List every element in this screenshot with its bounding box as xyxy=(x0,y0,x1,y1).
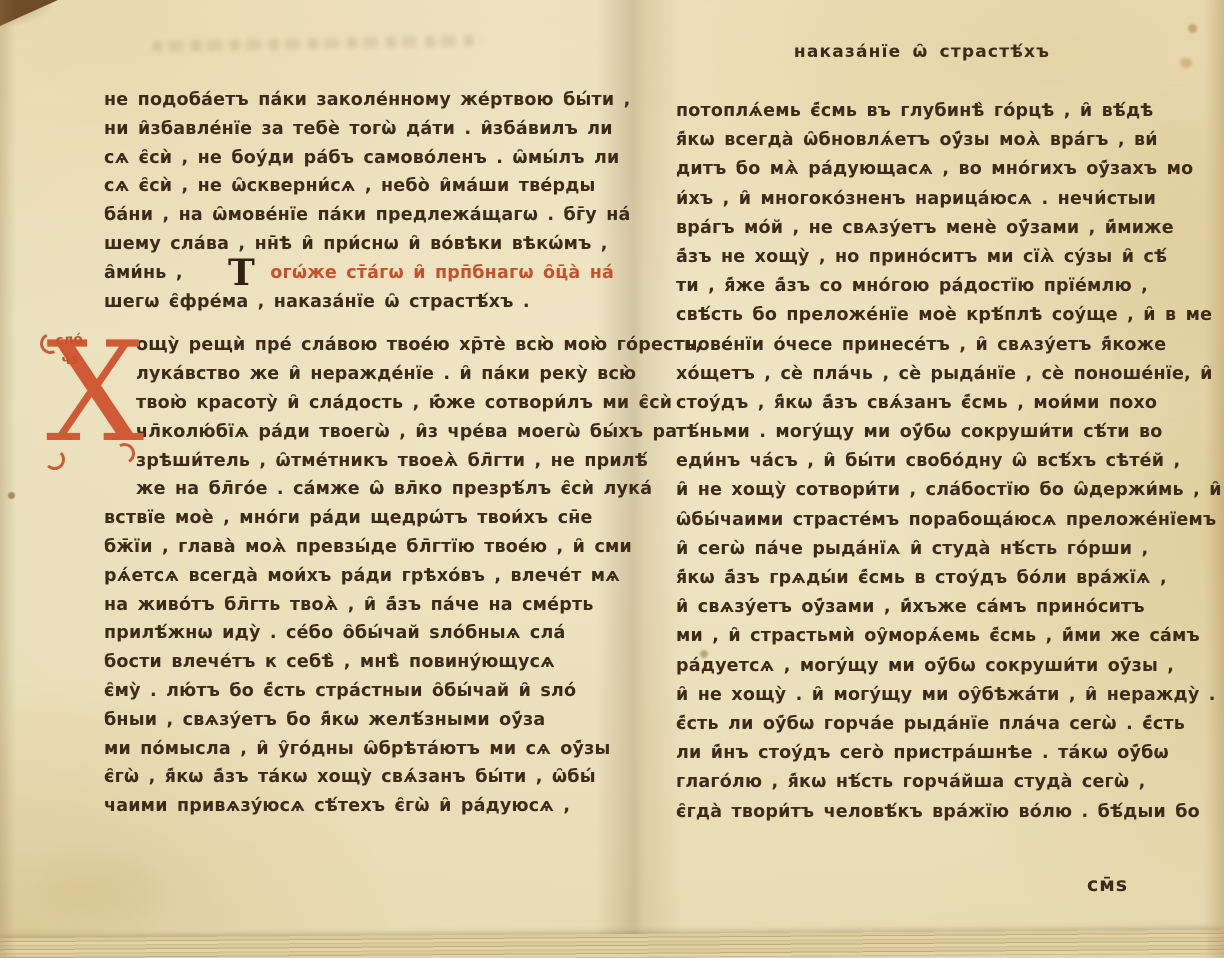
text-line: вра́гъ мо́й , не свѧзу́етъ менѐ оу̑́зами… xyxy=(676,214,1168,243)
running-header: наказа́нїе ѡ̑ страстѣ́хъ xyxy=(676,42,1168,62)
right-page-lines: потоплѧ́емь є̑́смь въ глубинѣ̀ го́рцѣ , … xyxy=(676,97,1168,827)
heading-initial-letter: Т xyxy=(228,259,255,287)
text-line: ли и̑́нъ стоу́дъ сего̀ пристра́шнѣе . та… xyxy=(676,739,1168,768)
text-line: твою̀ красоту̀ и̑ сла́дость , ю̑́же сотв… xyxy=(104,389,598,418)
text-line: стоу́дъ , я̑́кѡ а̑́зъ свѧ́занъ є̑́смь , … xyxy=(676,389,1168,418)
text-line: є̑гда̀ твори́тъ человѣ́къ вра́жїю во́лю … xyxy=(676,798,1168,827)
text-line: сѧ є̑сѝ , не ѡ̑скверни́сѧ , небо̀ и̑ма́ш… xyxy=(104,172,598,201)
text-line: шему сла́ва , нн̄ѣ и̑ при́снѡ и̑ во́вѣки… xyxy=(104,230,598,259)
text-line: чл̄колю́бїѧ ра́ди твоегѡ̀ , и̑з чре́ва м… xyxy=(104,418,598,447)
margin-note-word: сло́ xyxy=(55,329,83,350)
text-line: ба́ни , на ѡ̑мове́нїе па́ки предлежа́щаг… xyxy=(104,201,598,230)
left-page: не подоба́етъ па́ки заколе́нному же́ртво… xyxy=(104,86,598,821)
text-line: прилѣ́жнѡ иду̀ . се́бо о̑бы́чай ѕло́бныѧ… xyxy=(104,619,598,648)
book-spread-photo: наказа́нїе ѡ̑ страстѣ́хъ не подоба́етъ п… xyxy=(0,0,1224,958)
text-line: гнове́нїи о́чесе принесе́тъ , и̑ свѧзу́е… xyxy=(676,331,1168,360)
paper-stain xyxy=(40,860,160,920)
text-line: свѣ́сть бо преложе́нїе моѐ крѣ́плѣ соу́щ… xyxy=(676,301,1168,330)
text-line: є̑гѡ̀ , я̑́кѡ а̑́зъ та́кѡ хощу̀ свѧ́занъ… xyxy=(104,763,598,792)
text-line: и́хъ , и̑ многоко́зненъ нарица́юсѧ . неч… xyxy=(676,185,1168,214)
text-line: є̑му̀ . лю́тъ бо є̑́сть стра́стныи о̑бы́… xyxy=(104,677,598,706)
ink-stain xyxy=(1188,24,1197,33)
text-line: лука́вство же и̑ неражде́нїе . и̑ па́ки … xyxy=(104,360,598,389)
text-line: и̑ сегѡ̀ па́че рыда́нїѧ и̑ студа̀ нѣ́сть… xyxy=(676,535,1168,564)
text-line: є̑́сть ли оу̑́бѡ горча́е рыда́нїе пла́ча… xyxy=(676,710,1168,739)
text-line: зрѣши́тель , ѡ̑тме́тникъ твоеѧ̀ бл̄гти ,… xyxy=(104,447,598,476)
text-line: тѣ́ньми . могу́щу ми оу̑́бѡ сокруши́ти с… xyxy=(676,418,1168,447)
text-line: сѧ є̑сѝ , не боу́ди ра́бъ самово́ленъ . … xyxy=(104,144,598,173)
margin-note-number: ч̄з xyxy=(56,349,84,370)
text-line: ми по́мысла , и̑ у̑го́дны ѡ̑брѣта́ютъ ми… xyxy=(104,735,598,764)
text-line: на живо́тъ бл̄гть твоѧ̀ , и̑ а̑́зъ па́че… xyxy=(104,591,598,620)
text-line: ми , и̑ страстьмѝ оу̑морѧ́емь є̑́смь , и… xyxy=(676,622,1168,651)
text-line: бж̄їи , глава̀ моѧ̀ превзы́де бл̄гтїю тв… xyxy=(104,533,598,562)
text-line: и̑ не хощу̀ сотвори́ти , сла́бостїю бо ѡ… xyxy=(676,476,1168,505)
right-page: потоплѧ́емь є̑́смь въ глубинѣ̀ го́рцѣ , … xyxy=(676,97,1168,827)
page-edges xyxy=(0,930,1224,958)
text-line: ти , я̑́же а̑́зъ со мно́гою ра́достїю пр… xyxy=(676,272,1168,301)
text-line: ра́дуетсѧ , могу́щу ми оу̑́бѡ сокруши́ти… xyxy=(676,652,1168,681)
ink-speck xyxy=(8,492,15,499)
text-line: еди́нъ ча́съ , и̑ бы́ти свобо́дну ѡ̑ всѣ… xyxy=(676,447,1168,476)
section-heading-red: огѡ́же ст̄а́гѡ и̑ прп̄бнагѡ о̑ц̄а̀ на́ xyxy=(270,263,614,283)
text-line: я̑́кѡ а̑́зъ грѧды́и є̑́смь в стоу́дъ бо́… xyxy=(676,564,1168,593)
ink-stain xyxy=(1180,58,1192,68)
left-page-intro: не подоба́етъ па́ки заколе́нному же́ртво… xyxy=(104,86,598,259)
text-line: хо́щетъ , сѐ пла́чь , сѐ рыда́нїе , сѐ п… xyxy=(676,360,1168,389)
text-line: а̑́зъ не хощу̀ , но прино́ситъ ми сїѧ̀ с… xyxy=(676,243,1168,272)
text-line: вствїе моѐ , мно́ги ра́ди щедрѡ́тъ твои́… xyxy=(104,504,598,533)
text-line: ощу̀ рещѝ пре́ сла́вою твое́ю хр̄тѐ всю̀… xyxy=(104,331,598,360)
text-line: ѡ̑бы́чаими страсте́мъ порабоща́юсѧ прело… xyxy=(676,506,1168,535)
text-line: бныи , свѧзу́етъ бо я̑́кѡ желѣ́зными оу̑… xyxy=(104,706,598,735)
left-page-edge xyxy=(0,0,16,958)
left-page-body: Х ощу̀ рещѝ пре́ сла́вою твое́ю хр̄тѐ вс… xyxy=(104,331,598,821)
amen-text: а̑ми́нь , xyxy=(104,263,183,283)
text-line: я̑́кѡ всегда̀ ѡ̑бновлѧ́етъ оу̑́зы моѧ̀ в… xyxy=(676,126,1168,155)
text-line: потоплѧ́емь є̑́смь въ глубинѣ̀ го́рцѣ , … xyxy=(676,97,1168,126)
text-line: ни и̑збавле́нїе за тебѐ тогѡ̀ да́ти . и̑… xyxy=(104,115,598,144)
section-heading-line-1: а̑ми́нь , Т огѡ́же ст̄а́гѡ и̑ прп̄бнагѡ … xyxy=(104,259,598,288)
text-line: дитъ бо мѧ̀ ра́дующасѧ , во мно́гихъ оу̑… xyxy=(676,155,1168,184)
section-heading-line-2: шегѡ є̑фре́ма , наказа́нїе ѡ̑ страстѣ́хъ… xyxy=(104,288,598,317)
text-line: и̑ свѧзу́етъ оу̑́зами , и̑́хъже са́мъ пр… xyxy=(676,593,1168,622)
show-through-text xyxy=(152,35,482,52)
text-line: глаго́лю , я̑́кѡ нѣ́сть горча́йша студа̀… xyxy=(676,768,1168,797)
left-page-body-lines: ощу̀ рещѝ пре́ сла́вою твое́ю хр̄тѐ всю̀… xyxy=(104,331,598,821)
text-line: же на бл̄го́е . са́мже ѡ̑ вл̄ко презрѣ́л… xyxy=(104,475,598,504)
text-line: бости влече́тъ к себѣ̀ , мнѣ̀ повину́ющу… xyxy=(104,648,598,677)
text-line: не подоба́етъ па́ки заколе́нному же́ртво… xyxy=(104,86,598,115)
signature-mark: см̄ѕ xyxy=(1087,874,1128,896)
text-line: чаими привѧзу́юсѧ сѣ́техъ є̑гѡ̀ и̑ ра́ду… xyxy=(104,792,598,821)
drop-cap-letter-x: Х xyxy=(40,331,136,475)
text-line: рѧ́етсѧ всегда̀ мои́хъ ра́ди грѣхо́въ , … xyxy=(104,562,598,591)
margin-note: сло́ ч̄з xyxy=(55,329,84,370)
text-line: и̑ не хощу̀ . и̑ могу́щу ми оу̑бѣжа́ти ,… xyxy=(676,681,1168,710)
